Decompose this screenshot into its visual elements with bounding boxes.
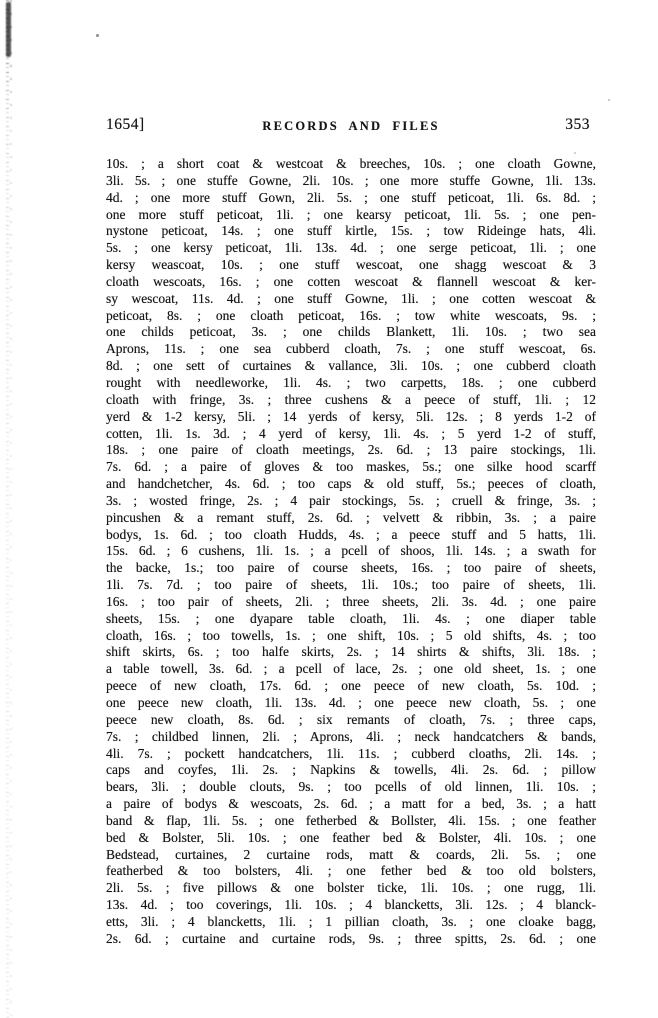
running-title: RECORDS AND FILES: [262, 119, 439, 134]
text-line: 7s. 6d. ; a paire of gloves & too maskes…: [106, 459, 596, 476]
text-line: 3li. 5s. ; one stuffe Gowne, 2li. 10s. ;…: [106, 173, 596, 190]
text-line: 4li. 7s. ; pockett handcatchers, 1li. 11…: [106, 746, 596, 763]
text-line: 7s. ; childbed linnen, 2li. ; Aprons, 4l…: [106, 729, 596, 746]
text-line: pincushen & a remant stuff, 2s. 6d. ; ve…: [106, 510, 596, 527]
text-line: cotten, 1li. 1s. 3d. ; 4 yerd of kersy, …: [106, 426, 596, 443]
text-line: cloath wescoats, 16s. ; one cotten wesco…: [106, 274, 596, 291]
text-line: cloath, 16s. ; too towells, 1s. ; one sh…: [106, 628, 596, 645]
scan-edge-dark-mark: [6, 2, 11, 57]
text-line: 3s. ; wosted fringe, 2s. ; 4 pair stocki…: [106, 493, 596, 510]
text-line: 10s. ; a short coat & westcoat & breeche…: [106, 156, 596, 173]
text-line: Aprons, 11s. ; one sea cubberd cloath, 7…: [106, 341, 596, 358]
text-line: peticoat, 8s. ; one cloath peticoat, 16s…: [106, 308, 596, 325]
text-line: peece new cloath, 8s. 6d. ; six remants …: [106, 712, 596, 729]
text-line: rought with needleworke, 1li. 4s. ; two …: [106, 375, 596, 392]
body-text: 10s. ; a short coat & westcoat & breeche…: [106, 156, 596, 948]
text-line: one childs peticoat, 3s. ; one childs Bl…: [106, 324, 596, 341]
text-line: 2s. 6d. ; curtaine and curtaine rods, 9s…: [106, 931, 596, 948]
text-line: kersy weascoat, 10s. ; one stuff wescoat…: [106, 257, 596, 274]
text-line: Bedstead, curtaines, 2 curtaine rods, ma…: [106, 847, 596, 864]
scan-speck: [574, 152, 576, 154]
text-line: one peece new cloath, 1li. 13s. 4d. ; on…: [106, 695, 596, 712]
text-line: sheets, 15s. ; one dyapare table cloath,…: [106, 611, 596, 628]
text-line: nystone peticoat, 14s. ; one stuff kirtl…: [106, 223, 596, 240]
text-line: sy wescoat, 11s. 4d. ; one stuff Gowne, …: [106, 291, 596, 308]
text-line: one more stuff peticoat, 1li. ; one kear…: [106, 207, 596, 224]
text-line: cloath with fringe, 3s. ; three cushens …: [106, 392, 596, 409]
text-line: the backe, 1s.; too paire of course shee…: [106, 560, 596, 577]
text-line: 16s. ; too pair of sheets, 2li. ; three …: [106, 594, 596, 611]
text-line: 5s. ; one kersy peticoat, 1li. 13s. 4d. …: [106, 240, 596, 257]
text-line: peece of new cloath, 17s. 6d. ; one peec…: [106, 678, 596, 695]
page: { "header": { "year_label": "1654]", "ti…: [0, 0, 658, 1018]
scan-speck: [608, 99, 610, 101]
page-number: 353: [565, 116, 590, 134]
text-line: 1li. 7s. 7d. ; too paire of sheets, 1li.…: [106, 577, 596, 594]
text-line: bears, 3li. ; double clouts, 9s. ; too p…: [106, 779, 596, 796]
scan-speck: [96, 34, 99, 37]
text-line: bed & Bolster, 5li. 10s. ; one feather b…: [106, 830, 596, 847]
scan-edge-artifact: [3, 0, 13, 1018]
text-line: band & flap, 1li. 5s. ; one fetherbed & …: [106, 813, 596, 830]
text-line: 2li. 5s. ; five pillows & one bolster ti…: [106, 880, 596, 897]
text-line: 18s. ; one paire of cloath meetings, 2s.…: [106, 442, 596, 459]
text-line: and handchetcher, 4s. 6d. ; too caps & o…: [106, 476, 596, 493]
text-line: featherbed & too bolsters, 4li. ; one fe…: [106, 863, 596, 880]
text-line: a paire of bodys & wescoats, 2s. 6d. ; a…: [106, 796, 596, 813]
year-label: 1654]: [106, 116, 145, 134]
text-line: bodys, 1s. 6d. ; too cloath Hudds, 4s. ;…: [106, 527, 596, 544]
text-line: yerd & 1-2 kersy, 5li. ; 14 yerds of ker…: [106, 409, 596, 426]
text-line: shift skirts, 6s. ; too halfe skirts, 2s…: [106, 644, 596, 661]
text-line: 4d. ; one more stuff Gown, 2li. 5s. ; on…: [106, 190, 596, 207]
text-line: caps and coyfes, 1li. 2s. ; Napkins & to…: [106, 762, 596, 779]
text-line: etts, 3li. ; 4 blancketts, 1li. ; 1 pill…: [106, 914, 596, 931]
text-line: a table towell, 3s. 6d. ; a pcell of lac…: [106, 661, 596, 678]
text-line: 8d. ; one sett of curtaines & vallance, …: [106, 358, 596, 375]
text-line: 13s. 4d. ; too coverings, 1li. 10s. ; 4 …: [106, 897, 596, 914]
text-line: 15s. 6d. ; 6 cushens, 1li. 1s. ; a pcell…: [106, 543, 596, 560]
page-header: 1654] RECORDS AND FILES 353: [106, 116, 596, 138]
